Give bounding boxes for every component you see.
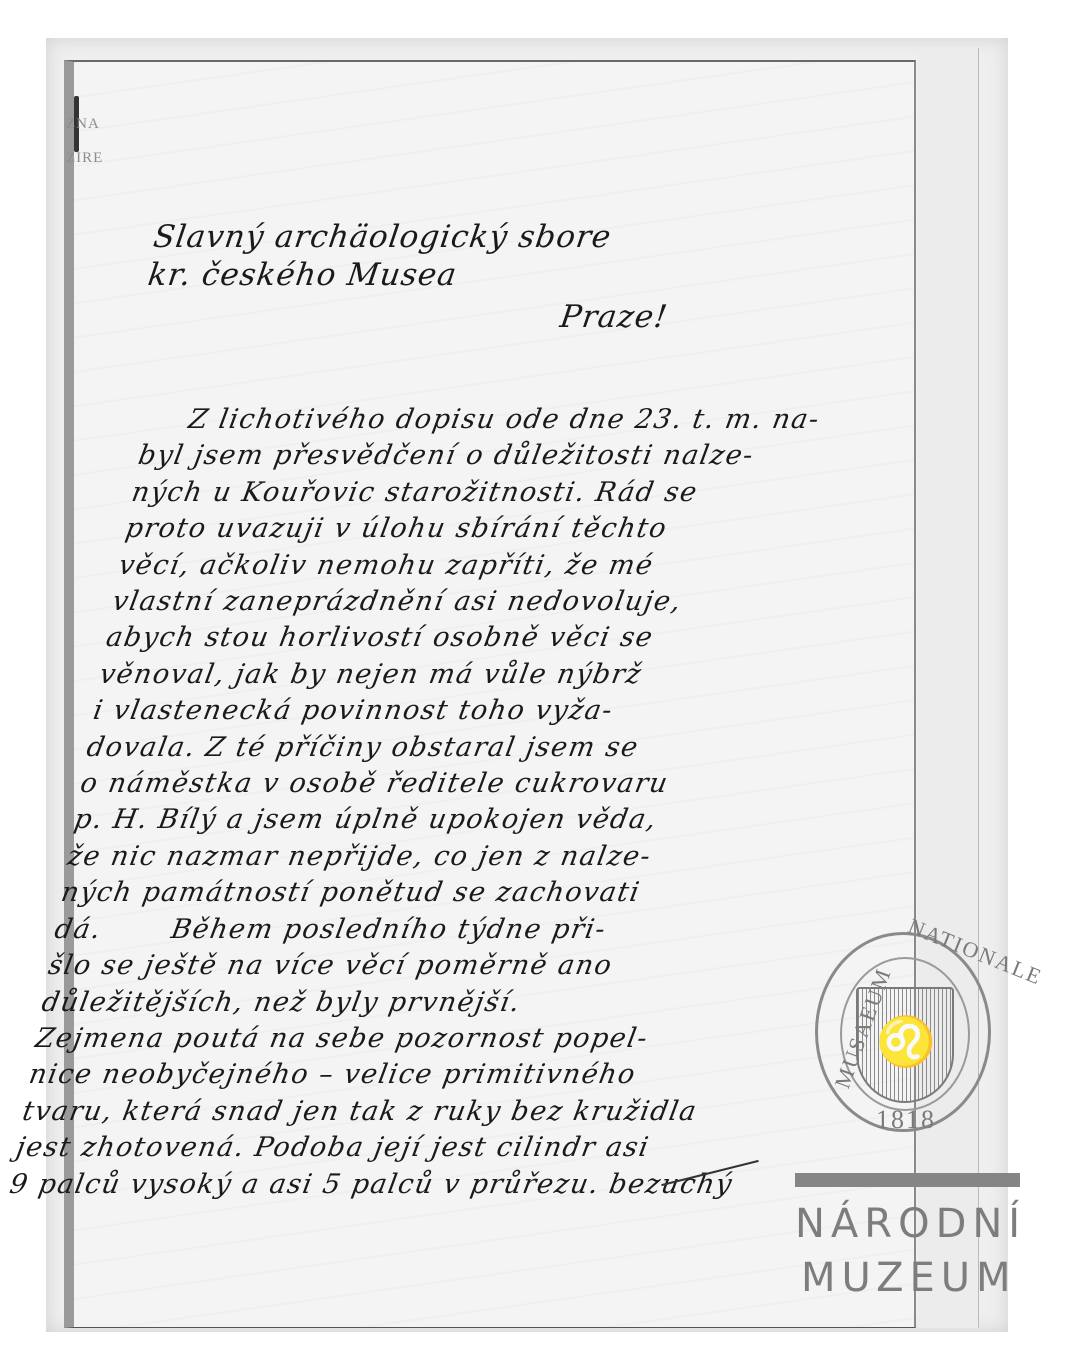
letter-line: dovala. Z té příčiny obstaral jsem se <box>84 730 830 766</box>
handwritten-letter: Slavný archäologický sbore kr. českého M… <box>148 218 888 1203</box>
letter-line: i vlastenecká povinnost toho vyža- <box>90 693 836 729</box>
letter-line: ných u Kouřovic starožitnosti. Rád se <box>129 475 875 511</box>
edge-mark-1: ZNA <box>66 116 100 133</box>
letter-body: Z lichotivého dopisu ode dne 23. t. m. n… <box>7 402 888 1203</box>
stamp-year: 1818 <box>876 1105 936 1135</box>
letter-line: p. H. Bílý a jsem úplně upokojen věda, <box>71 802 817 838</box>
letter-line: o náměstka v osobě ředitele cukrovaru <box>77 766 823 802</box>
letter-line: důležitějších, než byly prvnější. <box>39 985 785 1021</box>
letter-line: byl jsem přesvědčení o důležitosti nalze… <box>135 438 881 474</box>
letter-line-paragraph: Během posledního týdne při- <box>169 914 609 945</box>
salutation-line-2: kr. českého Musea <box>146 256 891 294</box>
salutation-place: Praze! <box>140 298 885 336</box>
letter-line: šlo se ještě na více věcí poměrně ano <box>45 948 791 984</box>
narodni-muzeum-logo: NÁRODNÍ MUZEUM <box>795 1173 1020 1305</box>
letter-line: že nic nazmar nepřijde, co jen z nalze- <box>65 839 811 875</box>
letter-line: proto uvazuji v úlohu sbírání těchto <box>122 511 868 547</box>
salutation: Slavný archäologický sbore kr. českého M… <box>140 218 897 336</box>
letter-line: věnoval, jak by nejen má vůle nýbrž <box>97 657 843 693</box>
letter-line-start: dá. <box>52 914 104 945</box>
logo-line-2: MUZEUM <box>795 1251 1020 1305</box>
letter-line: Z lichotivého dopisu ode dne 23. t. m. n… <box>142 402 888 438</box>
letter-line: tvaru, která snad jen tak z ruky bez kru… <box>20 1094 766 1130</box>
lion-icon: ♌ <box>876 1013 936 1070</box>
letter-line: věcí, ačkoliv nemohu zapříti, že mé <box>116 548 862 584</box>
letter-line-combined: dá.Během posledního týdne při- <box>52 912 798 948</box>
logo-bar <box>795 1173 1020 1187</box>
letter-line: 9 palců vysoký a asi 5 palců v průřezu. … <box>7 1167 753 1203</box>
letter-line: jest zhotovená. Podoba její jest cilindr… <box>13 1130 759 1166</box>
salutation-line-1: Slavný archäologický sbore <box>151 218 896 256</box>
letter-line: nice neobyčejného – velice primitivného <box>26 1057 772 1093</box>
logo-line-1: NÁRODNÍ <box>795 1197 1020 1251</box>
edge-mark-2: ZIRE <box>66 150 103 167</box>
letter-line: Zejmena poutá na sebe pozornost popel- <box>32 1021 778 1057</box>
letter-line: abych stou horlivostí osobně věci se <box>103 620 849 656</box>
letter-line: vlastní zaneprázdnění asi nedovoluje, <box>109 584 855 620</box>
sheet-edge-strip <box>918 48 979 1328</box>
museum-stamp: ♌ NATIONALE MUSAEUM 1818 <box>815 932 991 1132</box>
letter-line: ných památností ponětud se zachovati <box>58 875 804 911</box>
